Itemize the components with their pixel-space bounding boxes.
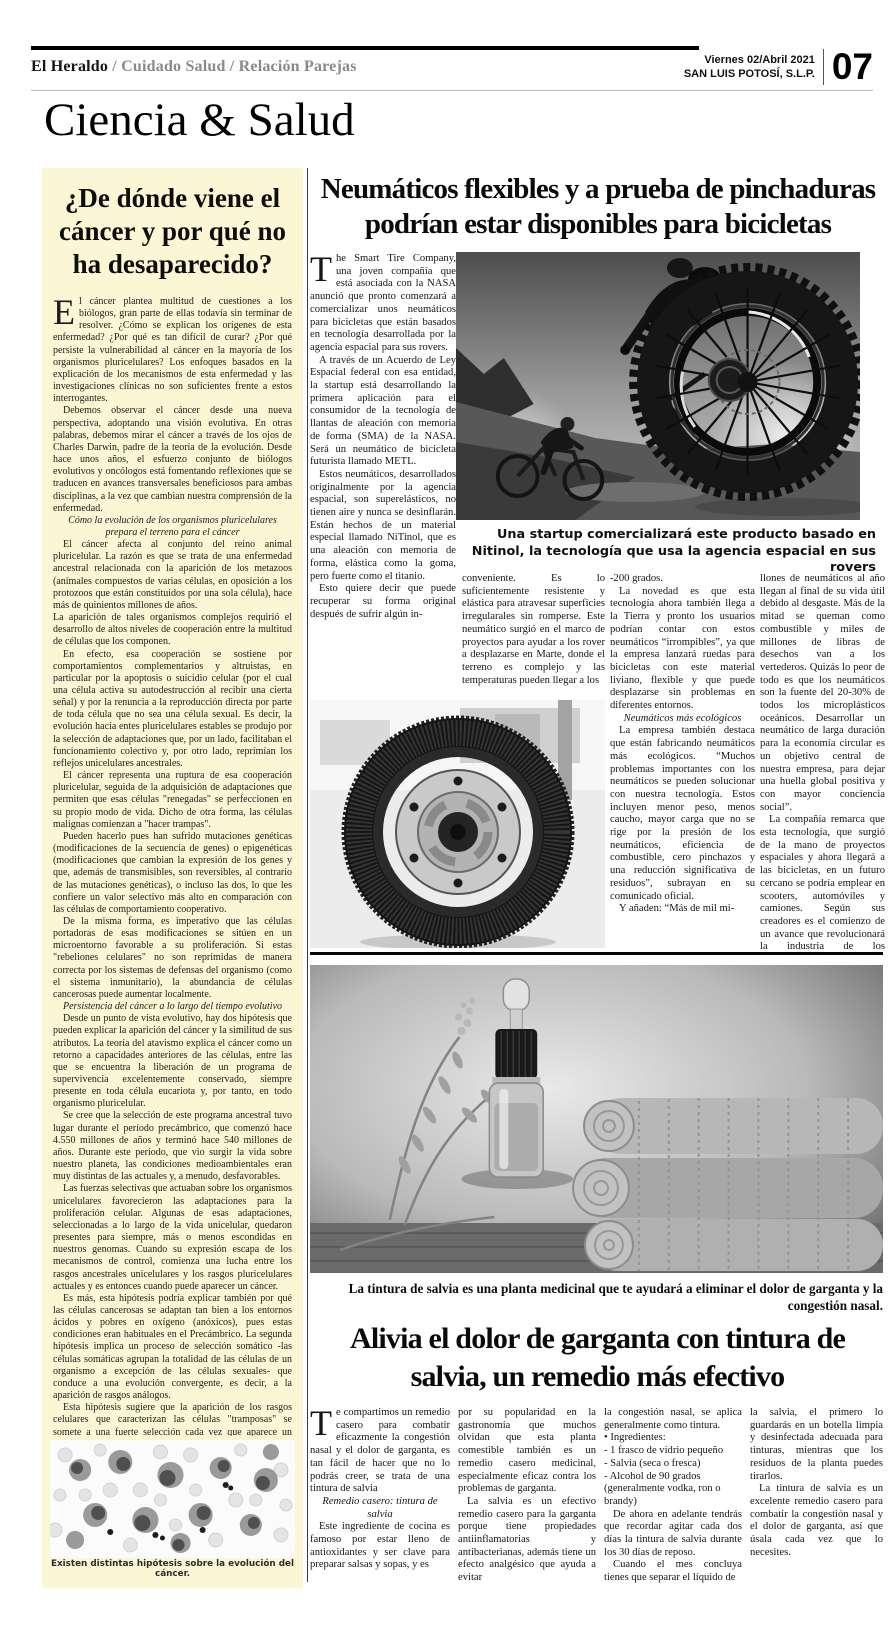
- paragraph: La salvia es un efectivo remedio casero …: [458, 1496, 596, 1583]
- cancer-article-body: El cáncer plantea multitud de cuestiones…: [53, 296, 292, 1436]
- city-text: SAN LUIS POTOSÍ, S.L.P.: [684, 67, 815, 81]
- tires-column-1: The Smart Tire Company, una joven compañ…: [310, 253, 456, 689]
- mesh-tire-photo: [310, 700, 605, 948]
- ingredient-item: - Alcohol de 90 grados (generalmente vod…: [604, 1471, 742, 1509]
- ingredient-item: - 1 frasco de vidrio pequeño: [604, 1445, 742, 1458]
- paragraph-text: l cáncer plantea multitud de cuestiones …: [53, 296, 292, 404]
- breadcrumb: El Heraldo / Cuidado Salud / Relación Pa…: [31, 58, 357, 76]
- paragraph: A través de un Acuerdo de Ley Espacial f…: [310, 355, 456, 469]
- cells-photo-caption: Existen distintas hipótesis sobre la evo…: [44, 1559, 301, 1579]
- subhead: Persistencia del cáncer a lo largo del t…: [53, 1001, 292, 1013]
- paragraph: Se cree que la selección de este program…: [53, 1110, 292, 1183]
- masthead-rule: [31, 46, 699, 50]
- paragraph: Pueden hacerlo pues han sufrido mutacion…: [53, 831, 292, 916]
- paragraph: El cáncer representa una ruptura de esa …: [53, 770, 292, 831]
- salvia-column-4: la salvia, el primero lo guardarás en un…: [750, 1407, 883, 1583]
- paragraph: Te compartimos un remedio casero para co…: [310, 1407, 450, 1496]
- tires-headline: Neumáticos flexibles y a prueba de pinch…: [315, 172, 881, 242]
- bike-photo-caption: Una startup comercializará este producto…: [456, 527, 876, 577]
- paragraph: la congestión nasal, se aplica generalme…: [604, 1407, 742, 1432]
- paragraph: Es más, esta hipótesis podría explicar t…: [53, 1293, 292, 1402]
- paragraph: Esto quiere decir que puede recuperar su…: [310, 583, 456, 621]
- folio-divider: [823, 49, 824, 85]
- page-number: 07: [832, 48, 873, 85]
- bike-photo: [456, 252, 860, 520]
- paragraph: Las fuerzas selectivas que actuaban sobr…: [53, 1183, 292, 1292]
- paragraph: En efecto, esa cooperación se sostiene p…: [53, 649, 292, 771]
- ingredients-label: • Ingredientes:: [604, 1432, 742, 1445]
- ingredient-item: - Salvia (seca o fresca): [604, 1458, 742, 1471]
- section-title: Ciencia & Salud: [44, 94, 355, 146]
- drop-cap: E: [53, 296, 79, 327]
- salvia-photo: [310, 965, 883, 1273]
- cancer-article-title: ¿De dónde viene el cáncer y por qué no h…: [48, 182, 297, 281]
- drop-cap: T: [310, 253, 336, 284]
- paragraph: La aparición de tales organismos complej…: [53, 612, 292, 648]
- paragraph: De ahora en adelante tendrás que recorda…: [604, 1509, 742, 1560]
- salvia-column-3: la congestión nasal, se aplica generalme…: [604, 1407, 742, 1583]
- tires-column-2: conveniente. Es lo suficientemente resis…: [462, 573, 605, 689]
- paragraph: -200 grados.: [610, 573, 755, 586]
- paragraph: Debemos observar el cáncer desde una nue…: [53, 405, 292, 514]
- paragraph: Y añaden: “Más de mil mi-: [610, 903, 755, 916]
- paragraph: El cáncer plantea multitud de cuestiones…: [53, 296, 292, 405]
- tires-column-4: llones de neumáticos al año llegan al fi…: [760, 573, 885, 951]
- paragraph: Este ingrediente de cocina es famoso por…: [310, 1521, 450, 1572]
- paragraph: por su popularidad en la gastronomía que…: [458, 1407, 596, 1496]
- paragraph: El cáncer afecta al conjunto del reino a…: [53, 539, 292, 612]
- paragraph: Estos neumáticos, desarrollados original…: [310, 469, 456, 583]
- section-divider-rule: [310, 952, 883, 955]
- salvia-headline: Alivia el dolor de garganta con tintura …: [312, 1320, 883, 1396]
- cancer-article: ¿De dónde viene el cáncer y por qué no h…: [42, 168, 303, 1588]
- dateline: Viernes 02/Abril 2021 SAN LUIS POTOSÍ, S…: [684, 53, 815, 81]
- cells-photo: [50, 1440, 295, 1558]
- section-breadcrumb: / Cuidado Salud / Relación Parejas: [108, 58, 357, 75]
- paragraph: conveniente. Es lo suficientemente resis…: [462, 573, 605, 687]
- paragraph: La empresa también destaca que están fab…: [610, 725, 755, 903]
- paragraph: Esta hipótesis sugiere que la aparición …: [53, 1402, 292, 1436]
- paragraph: La novedad es que esta tecnología ahora …: [610, 586, 755, 713]
- salvia-column-2: por su popularidad en la gastronomía que…: [458, 1407, 596, 1583]
- paragraph: llones de neumáticos al año llegan al fi…: [760, 573, 885, 814]
- paragraph: La compañía remarca que esta tecnología,…: [760, 814, 885, 951]
- paragraph: De la misma forma, es imperativo que las…: [53, 916, 292, 1001]
- paragraph: Cuando el mes concluya tienes que separa…: [604, 1559, 742, 1583]
- salvia-photo-caption: La tintura de salvia es una planta medic…: [310, 1280, 883, 1314]
- masthead-title: El Heraldo: [31, 58, 108, 75]
- subhead: Cómo la evolución de los organismos plur…: [53, 515, 292, 539]
- newspaper-page: El Heraldo / Cuidado Salud / Relación Pa…: [0, 0, 893, 1644]
- drop-cap: T: [310, 1407, 336, 1438]
- subhead: Remedio casero: tintura de salvia: [310, 1496, 450, 1521]
- folio-block: Viernes 02/Abril 2021 SAN LUIS POTOSÍ, S…: [684, 48, 873, 85]
- column-rule: [307, 168, 308, 1582]
- subhead: Neumáticos más ecológicos: [610, 713, 755, 726]
- paragraph: The Smart Tire Company, una joven compañ…: [310, 253, 456, 355]
- tires-column-3: -200 grados. La novedad es que esta tecn…: [610, 573, 755, 951]
- header-hairline: [31, 90, 873, 91]
- paragraph: La tintura de salvia es un excelente rem…: [750, 1483, 883, 1559]
- paragraph: Desde un punto de vista evolutivo, hay d…: [53, 1013, 292, 1110]
- paragraph: la salvia, el primero lo guardarás en un…: [750, 1407, 883, 1483]
- date-text: Viernes 02/Abril 2021: [684, 53, 815, 67]
- salvia-column-1: Te compartimos un remedio casero para co…: [310, 1407, 450, 1583]
